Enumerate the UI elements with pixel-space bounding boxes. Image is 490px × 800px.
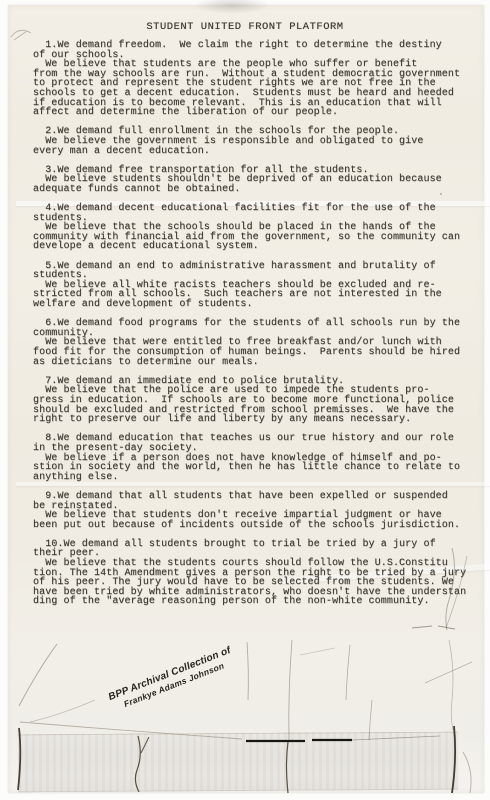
platform-item-4: 4.We demand decent educational facilitie…: [33, 204, 473, 252]
taped-repair-band: [18, 732, 458, 793]
platform-item-6: 6.We demand food programs for the studen…: [33, 319, 473, 367]
platform-item-10: 10.We demand all students brought to tri…: [33, 540, 473, 607]
scan-smudge: [193, 0, 271, 14]
document-body: 1.We demand freedom. We claim the right …: [33, 41, 473, 617]
platform-item-5: 5.We demand an end to administrative har…: [33, 262, 473, 310]
platform-item-9: 9.We demand that all students that have …: [33, 492, 473, 530]
platform-item-1: 1.We demand freedom. We claim the right …: [33, 41, 473, 118]
scanned-document-page: STUDENT UNITED FRONT PLATFORM 1.We deman…: [0, 0, 490, 800]
platform-item-8: 8.We demand education that teaches us ou…: [33, 434, 473, 482]
document-title: STUDENT UNITED FRONT PLATFORM: [0, 21, 490, 33]
platform-item-2: 2.We demand full enrollment in the schoo…: [33, 127, 473, 156]
platform-item-7: 7.We demand an immediate end to police b…: [33, 377, 473, 425]
platform-item-3: 3.We demand free transportation for all …: [33, 166, 473, 195]
